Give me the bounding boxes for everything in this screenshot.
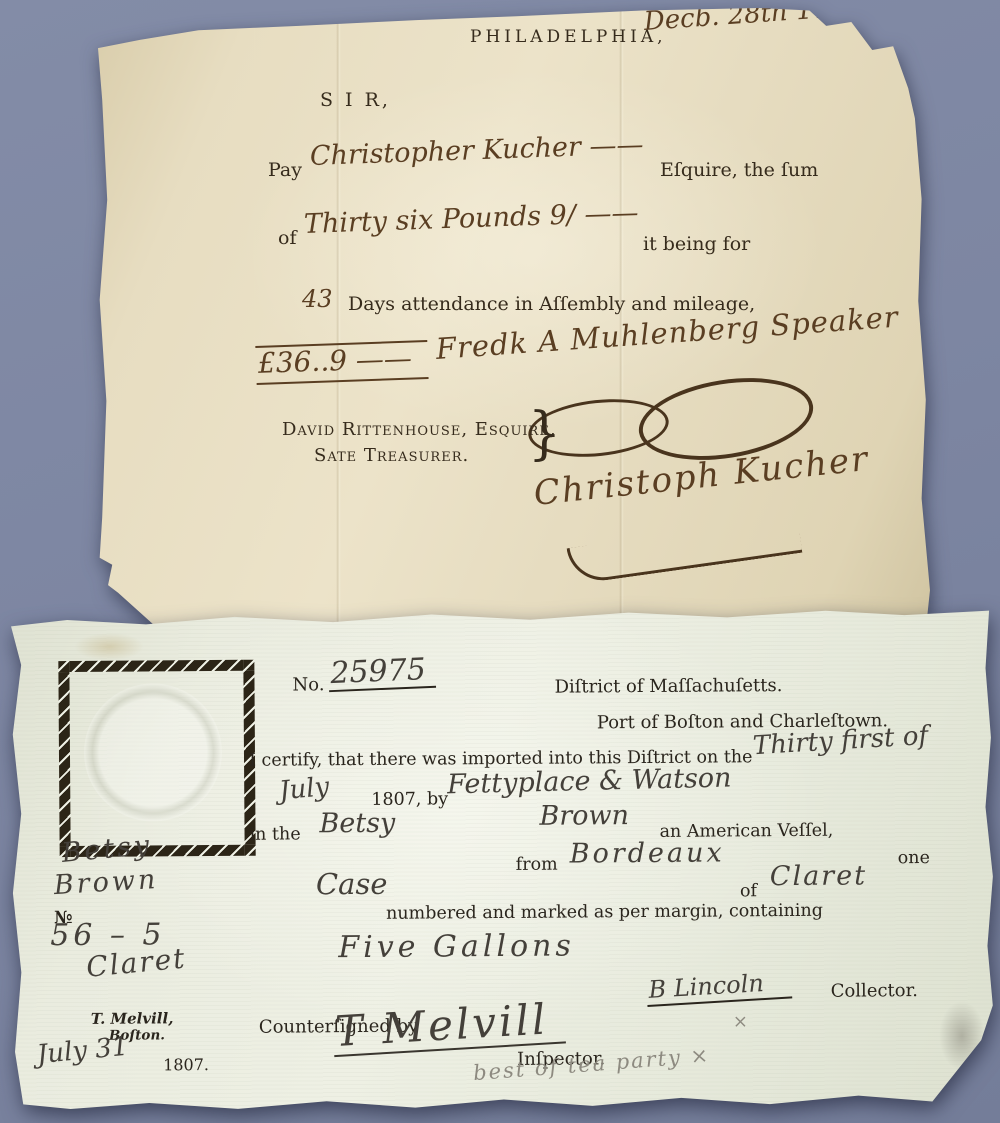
cert-no-value-hw: 25975 bbox=[328, 653, 437, 692]
cert-of-label: of bbox=[740, 882, 757, 901]
ornamental-border bbox=[58, 660, 255, 857]
margin-date-year: 1807. bbox=[163, 1056, 209, 1074]
warrant-salutation: S I R, bbox=[320, 90, 391, 111]
embossed-seal bbox=[83, 683, 222, 822]
cert-vessel-name1-hw: Betsy bbox=[319, 809, 395, 839]
certificate-document-wrap: No. 25975 Diſtrict of Maſſachuſetts. Por… bbox=[8, 612, 993, 1108]
stain-right-edge bbox=[939, 1001, 985, 1071]
cert-collector-label: Collector. bbox=[831, 981, 918, 1001]
warrant-days-text: Days attendance in Aſſembly and mileage, bbox=[348, 294, 755, 315]
cert-origin-hw: Bordeaux bbox=[570, 838, 725, 869]
warrant-amount-hw: Thirty six Pounds 9/ —— bbox=[303, 198, 638, 239]
certificate-document: No. 25975 Diſtrict of Maſſachuſetts. Por… bbox=[8, 609, 996, 1112]
margin-ship-line1-hw: Betsy bbox=[60, 831, 153, 869]
cert-month-hw: July bbox=[278, 773, 331, 806]
warrant-total-hw: £36..9 —— bbox=[255, 340, 428, 385]
cert-importer-hw: Fettyplace & Watson bbox=[447, 763, 732, 800]
warrant-addressee-line2: Sate Treaſurer. bbox=[314, 446, 469, 466]
margin-stamp-name: T. Melvill, bbox=[91, 1010, 174, 1027]
cert-in-the: in the bbox=[249, 825, 300, 845]
cert-pencil-x: × bbox=[733, 1012, 748, 1032]
warrant-being-for: it being for bbox=[643, 234, 750, 255]
warrant-pay-label: Pay bbox=[268, 160, 302, 181]
warrant-addressee-line1: David Rittenhouse, Eſquire, bbox=[282, 420, 557, 440]
margin-date-day-hw: July 31 bbox=[36, 1033, 130, 1070]
cert-package-hw: Case bbox=[316, 869, 388, 901]
cert-collector-sig-hw: B Lincoln bbox=[646, 968, 793, 1007]
cert-vessel-name2-hw: Brown bbox=[539, 801, 629, 831]
stain-top-left bbox=[74, 632, 144, 660]
warrant-of-label: of bbox=[278, 228, 296, 249]
warrant-document: PHILADELPHIA, Decb. 28th 1781 S I R, Pay… bbox=[98, 8, 935, 645]
cert-one-label: one bbox=[898, 849, 930, 868]
cert-district: Diſtrict of Maſſachuſetts. bbox=[554, 676, 782, 697]
warrant-sig-flourish bbox=[567, 516, 803, 585]
margin-contents-hw: Claret bbox=[85, 944, 188, 984]
warrant-document-wrap: PHILADELPHIA, Decb. 28th 1781 S I R, Pay… bbox=[98, 8, 935, 645]
warrant-esquire-sum: Eſquire, the ſum bbox=[660, 160, 818, 181]
warrant-payee-hw: Christopher Kucher —— bbox=[309, 130, 643, 171]
margin-ship-line2-hw: Brown bbox=[53, 865, 159, 901]
cert-no-label: No. bbox=[292, 675, 324, 695]
cert-numbered-line: numbered and marked as per margin, conta… bbox=[386, 902, 823, 924]
cert-from-label: from bbox=[516, 856, 558, 876]
warrant-city: PHILADELPHIA, bbox=[470, 28, 667, 47]
warrant-days-hw: 43 bbox=[302, 286, 333, 312]
cert-goods-hw: Claret bbox=[770, 861, 867, 891]
warrant-brace: } bbox=[528, 403, 561, 466]
warrant-date-hw: Decb. 28th 1781 bbox=[643, 0, 863, 37]
cert-quantity-hw: Five Gallons bbox=[338, 929, 575, 964]
